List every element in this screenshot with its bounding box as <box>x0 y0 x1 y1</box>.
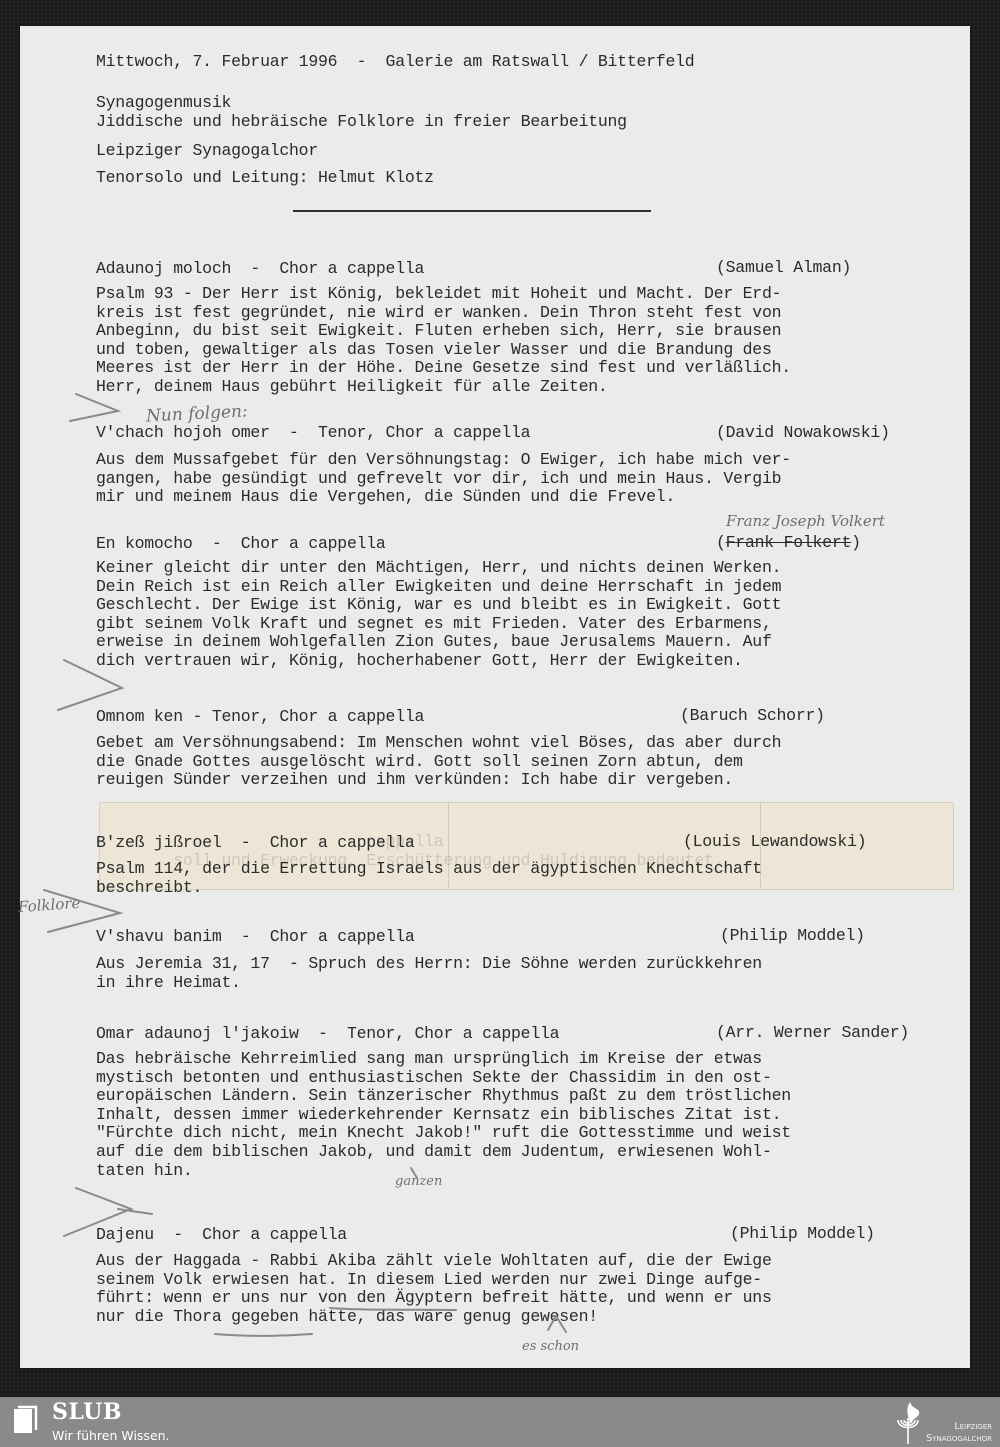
choir-logo-line1: Leipziger <box>920 1421 992 1433</box>
margin-arrow-icon <box>44 890 120 932</box>
slub-book-icon <box>14 1404 40 1434</box>
choir-logo-line2: Synagogalchor <box>920 1433 992 1445</box>
margin-arrow-icon <box>58 660 122 710</box>
footer-bar: SLUB Wir führen Wissen. <box>0 1397 1000 1447</box>
pencil-marks <box>0 0 1000 1397</box>
choir-logo-text: Leipziger Synagogalchor <box>920 1421 992 1445</box>
slub-logo-text: SLUB <box>52 1399 122 1425</box>
margin-arrow-icon <box>70 394 118 421</box>
slub-tagline: Wir führen Wissen. <box>52 1428 170 1443</box>
margin-arrow-icon <box>64 1188 131 1236</box>
